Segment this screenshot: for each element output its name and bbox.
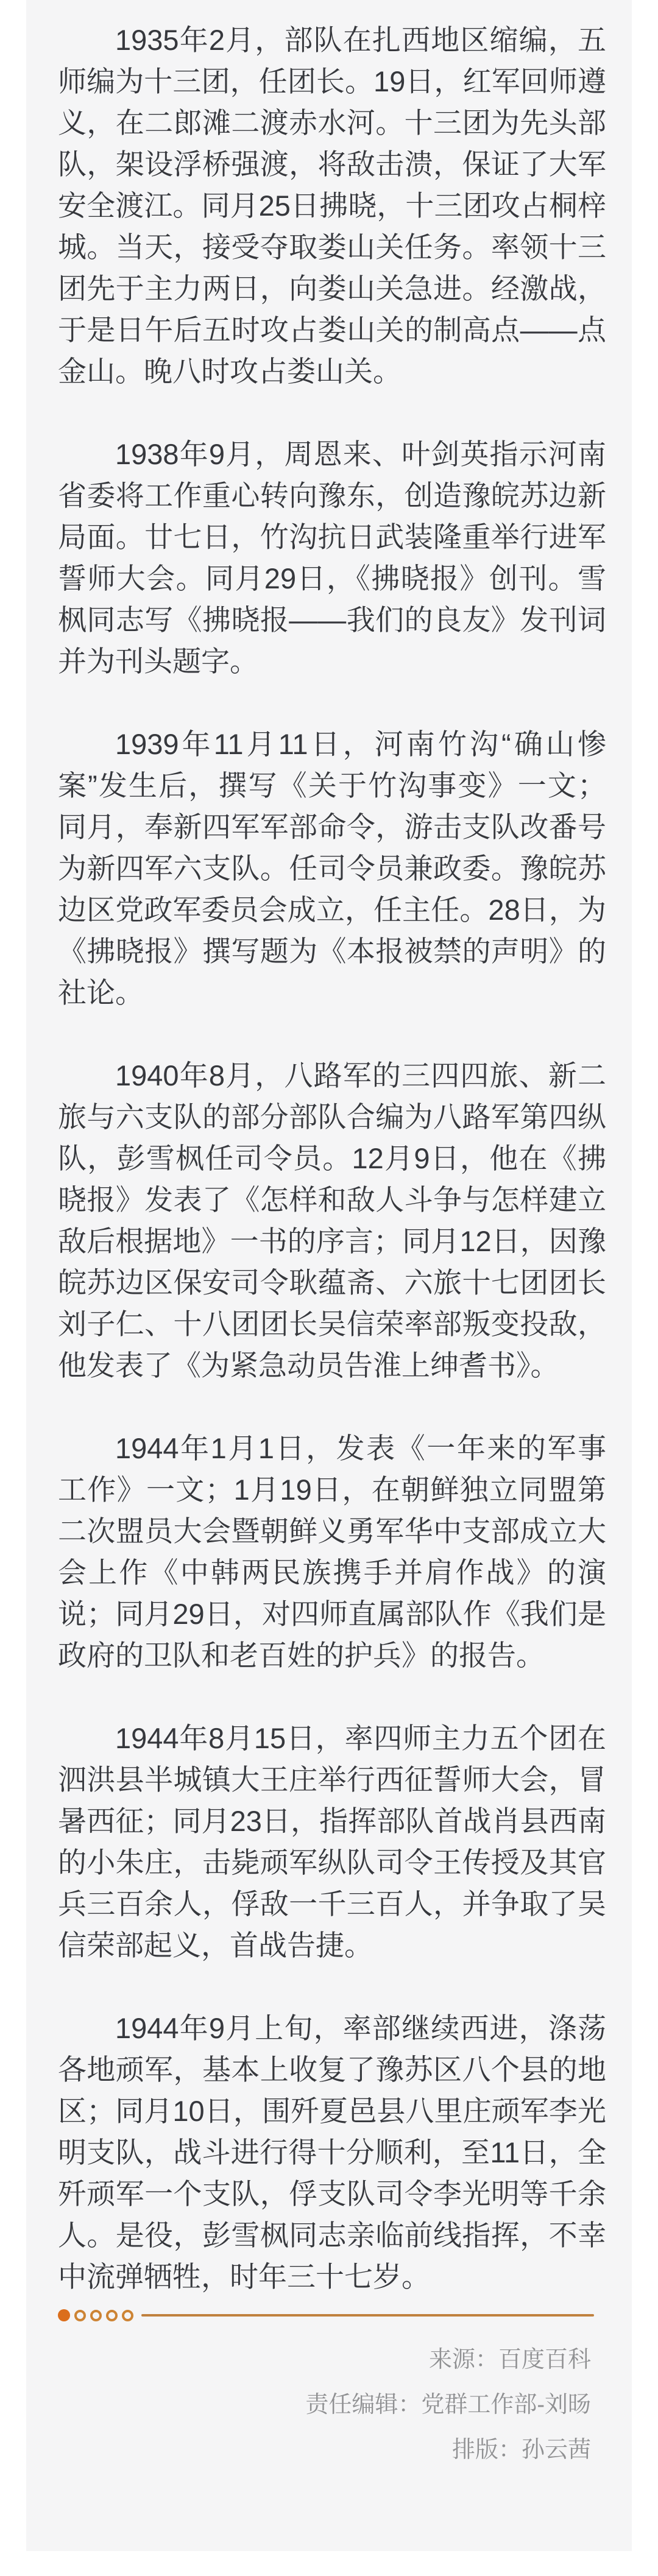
carousel-indicator xyxy=(58,2309,606,2321)
layout-credit: 排版：孙云茜 xyxy=(58,2427,591,2472)
article-paragraph: 1944年1月1日，发表《一年来的军事工作》一文；1月19日，在朝鲜独立同盟第二… xyxy=(58,1428,606,1676)
article-paragraph: 1940年8月，八路军的三四四旅、新二旅与六支队的部分部队合编为八路军第四纵队，… xyxy=(58,1055,606,1386)
article-paragraph: 1938年9月，周恩来、叶剑英指示河南省委将工作重心转向豫东，创造豫皖苏边新局面… xyxy=(58,434,606,682)
editor-credit: 责任编辑：党群工作部-刘旸 xyxy=(58,2382,591,2427)
carousel-dot[interactable] xyxy=(122,2310,133,2321)
carousel-dot[interactable] xyxy=(90,2310,102,2321)
carousel-dots xyxy=(58,2309,138,2321)
article-paragraph: 1939年11月11日，河南竹沟“确山惨案”发生后，撰写《关于竹沟事变》一文；同… xyxy=(58,724,606,1014)
carousel-dot[interactable] xyxy=(74,2310,86,2321)
article-paragraph: 1935年2月，部队在扎西地区缩编，五师编为十三团，任团长。19日，红军回师遵义… xyxy=(58,19,606,392)
article-body: 1935年2月，部队在扎西地区缩编，五师编为十三团，任团长。19日，红军回师遵义… xyxy=(58,19,606,2298)
source-credit: 来源：百度百科 xyxy=(58,2337,591,2382)
divider-line xyxy=(141,2314,594,2317)
article-card: 1935年2月，部队在扎西地区缩编，五师编为十三团，任团长。19日，红军回师遵义… xyxy=(26,0,632,2551)
carousel-dot[interactable] xyxy=(106,2310,118,2321)
carousel-dot[interactable] xyxy=(58,2309,70,2321)
article-page: 1935年2月，部队在扎西地区缩编，五师编为十三团，任团长。19日，红军回师遵义… xyxy=(0,0,658,2576)
article-paragraph: 1944年8月15日，率四师主力五个团在泗洪县半城镇大王庄举行西征誓师大会，冒暑… xyxy=(58,1718,606,1966)
article-footer: 来源：百度百科 责任编辑：党群工作部-刘旸 排版：孙云茜 xyxy=(58,2337,606,2472)
article-paragraph: 1944年9月上旬，率部继续西进，涤荡各地顽军，基本上收复了豫苏区八个县的地区；… xyxy=(58,2008,606,2298)
